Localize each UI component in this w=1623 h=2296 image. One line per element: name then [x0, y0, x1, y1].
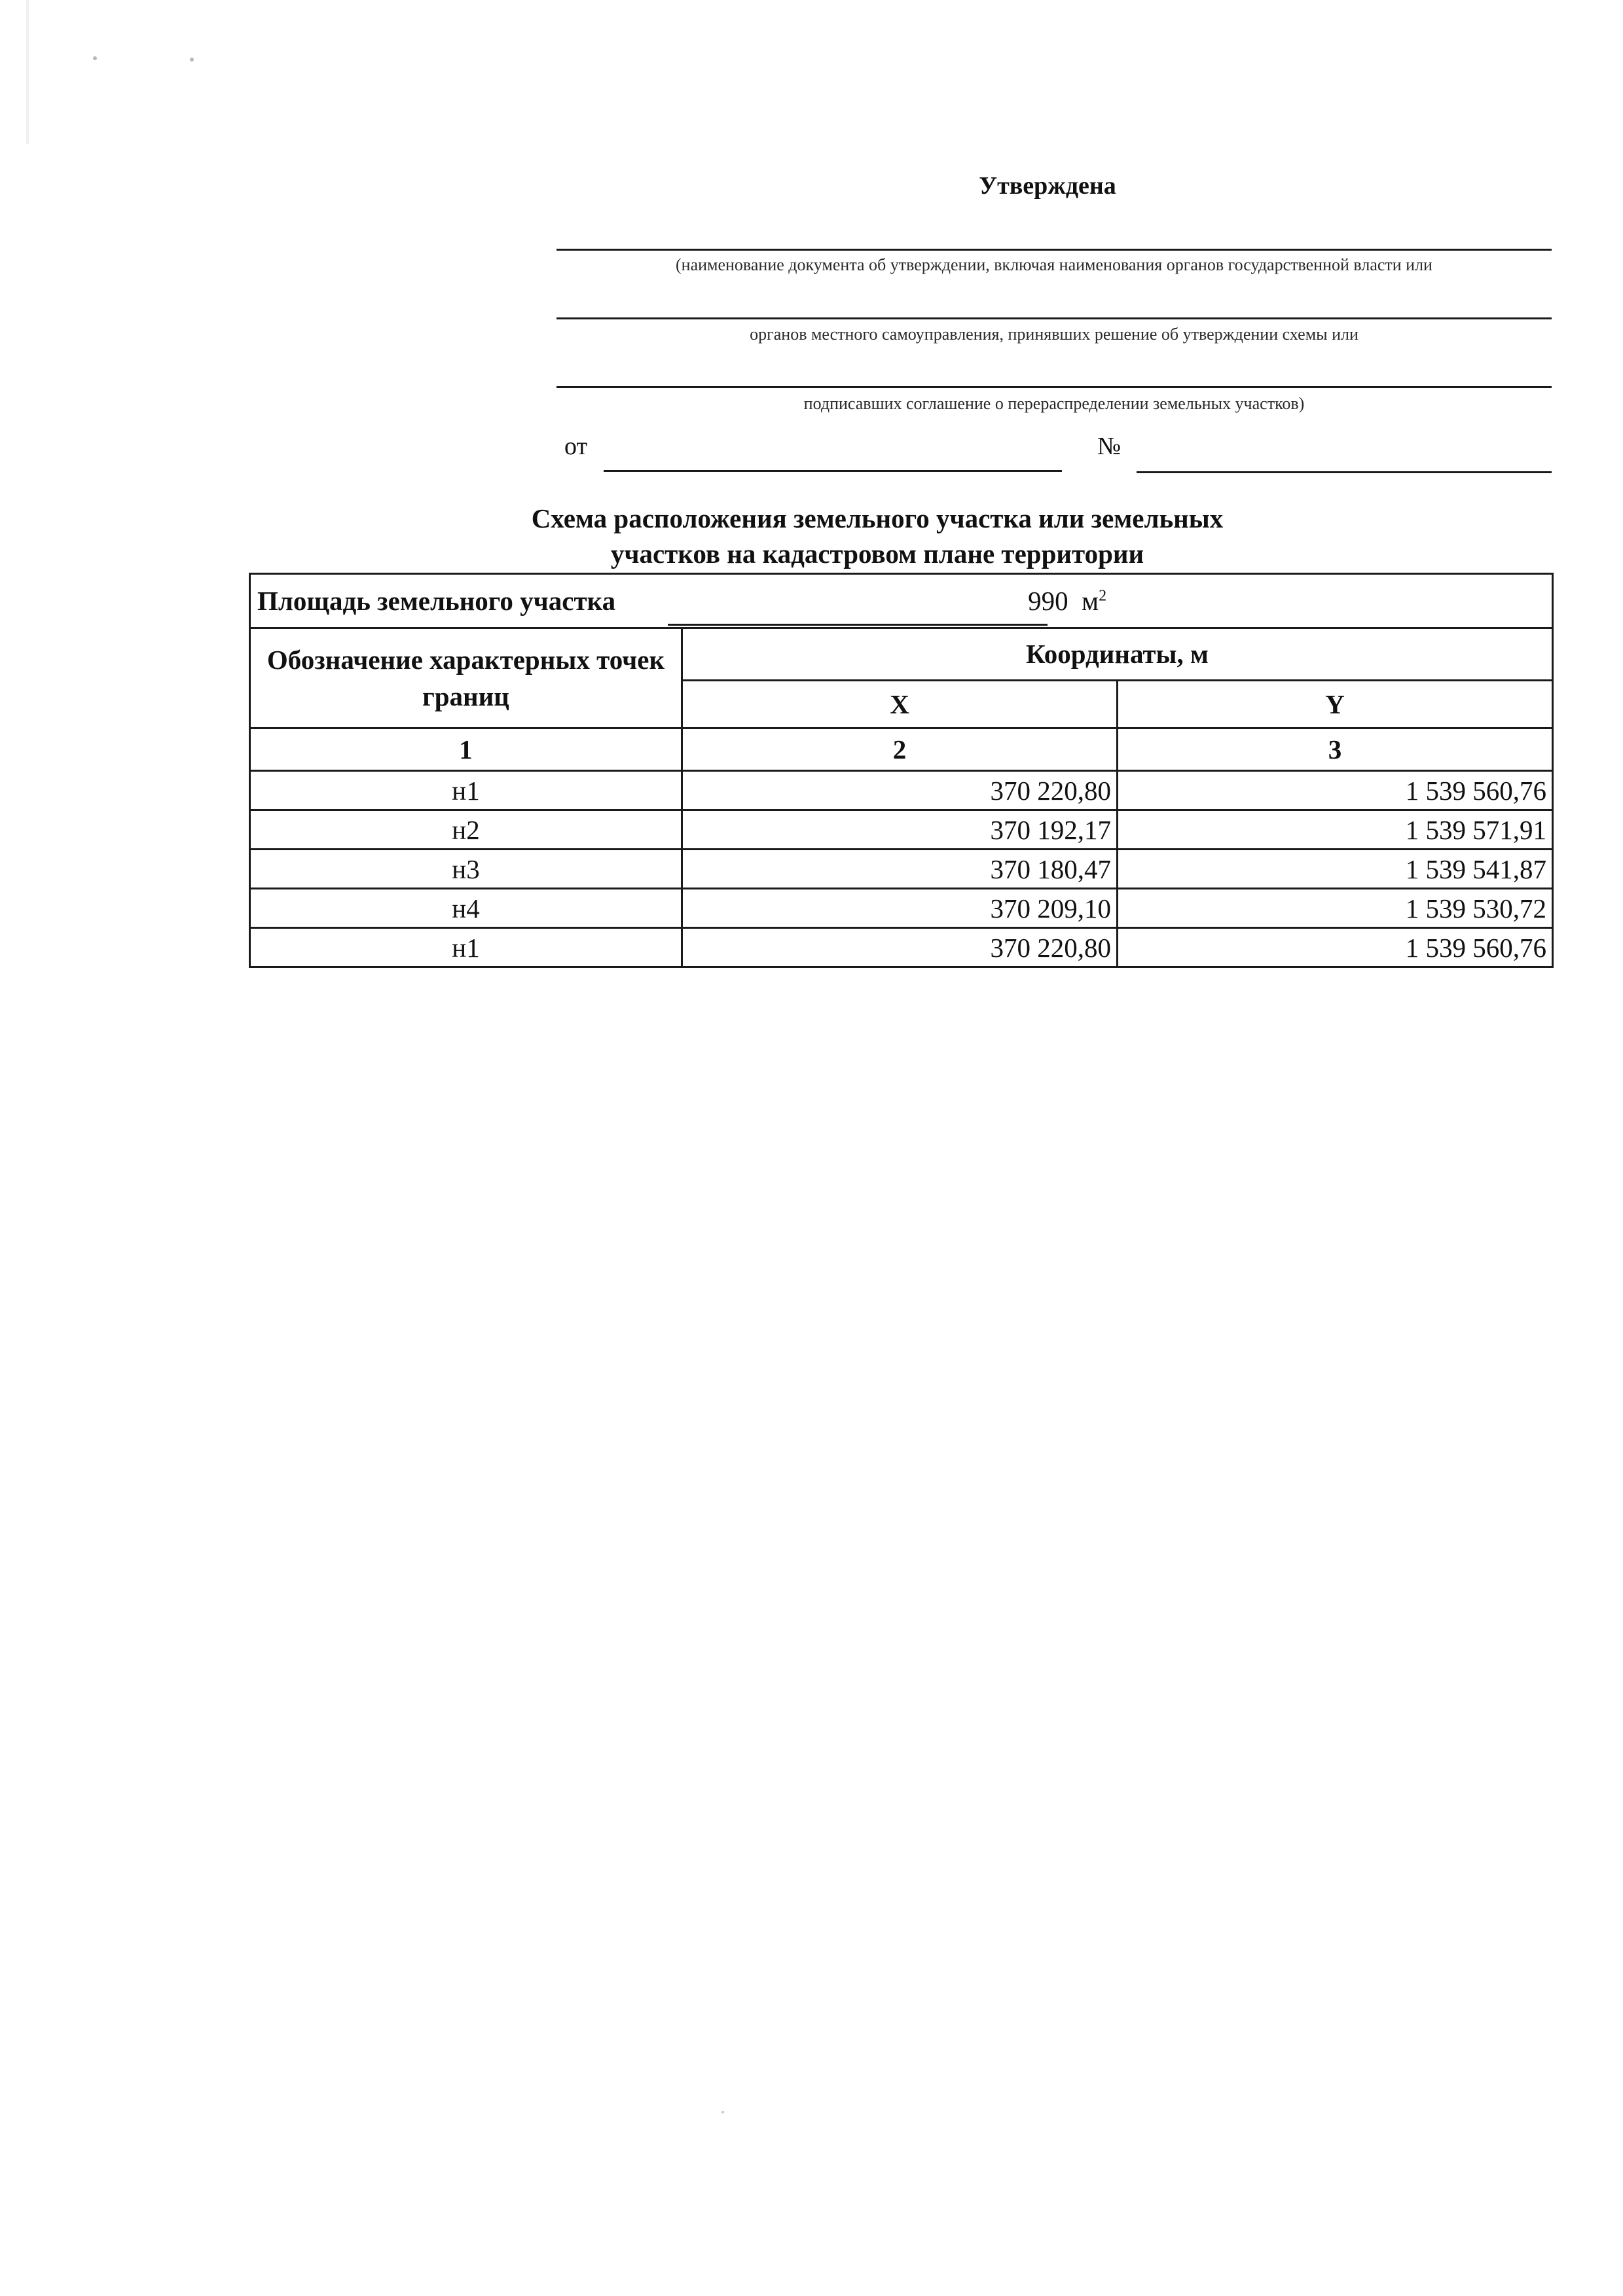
table-row: н1 370 220,80 1 539 560,76: [250, 928, 1553, 967]
point-name: н2: [250, 810, 682, 850]
area-unit-text: м: [1082, 586, 1099, 616]
approval-caption-1: (наименование документа об утверждении, …: [556, 255, 1552, 275]
scheme-title: Схема расположения земельного участка ил…: [419, 501, 1336, 571]
x-coordinate: 370 220,80: [682, 928, 1118, 967]
scheme-title-line-2: участков на кадастровом плане территории: [419, 536, 1336, 571]
approval-doc-fill-line-3[interactable]: [556, 386, 1552, 388]
table-row: н1 370 220,80 1 539 560,76: [250, 771, 1553, 810]
area-label: Площадь земельного участка: [257, 586, 615, 616]
table-row: н3 370 180,47 1 539 541,87: [250, 850, 1553, 889]
area-unit: м2: [1082, 586, 1106, 616]
scan-speck: [93, 56, 97, 60]
point-name: н1: [250, 771, 682, 810]
y-column-header: Y: [1118, 680, 1553, 728]
coordinates-header: Координаты, м: [682, 628, 1553, 681]
approval-doc-fill-line-2[interactable]: [556, 317, 1552, 319]
table-row: н4 370 209,10 1 539 530,72: [250, 889, 1553, 928]
x-column-header: X: [682, 680, 1118, 728]
area-field: 990 м2: [668, 585, 1106, 617]
x-coordinate: 370 220,80: [682, 771, 1118, 810]
area-value: 990: [1028, 586, 1068, 616]
y-coordinate: 1 539 571,91: [1118, 810, 1553, 850]
x-coordinate: 370 180,47: [682, 850, 1118, 889]
header-row-1: Обозначение характерных точек границ Коо…: [250, 628, 1553, 681]
x-coordinate: 370 192,17: [682, 810, 1118, 850]
point-name: н3: [250, 850, 682, 889]
point-name: н1: [250, 928, 682, 967]
number-label: №: [1097, 432, 1121, 461]
point-column-header: Обозначение характерных точек границ: [250, 628, 682, 728]
date-label: от: [564, 432, 587, 461]
scan-speck: [190, 58, 194, 62]
column-number: 3: [1118, 728, 1553, 771]
y-coordinate: 1 539 541,87: [1118, 850, 1553, 889]
point-name: н4: [250, 889, 682, 928]
scan-edge-artifact: [26, 0, 29, 144]
y-coordinate: 1 539 530,72: [1118, 889, 1553, 928]
approval-caption-2: органов местного самоуправления, принявш…: [556, 325, 1552, 344]
y-coordinate: 1 539 560,76: [1118, 928, 1553, 967]
area-row: Площадь земельного участка990 м2: [250, 574, 1553, 628]
coordinates-table: Площадь земельного участка990 м2 Обознач…: [249, 573, 1554, 968]
column-number: 1: [250, 728, 682, 771]
table-row: н2 370 192,17 1 539 571,91: [250, 810, 1553, 850]
column-number: 2: [682, 728, 1118, 771]
column-number-row: 1 2 3: [250, 728, 1553, 771]
y-coordinate: 1 539 560,76: [1118, 771, 1553, 810]
area-cell: Площадь земельного участка990 м2: [250, 574, 1553, 628]
scheme-title-line-1: Схема расположения земельного участка ил…: [419, 501, 1336, 536]
number-fill-line[interactable]: [1137, 471, 1552, 473]
area-unit-exponent: 2: [1099, 587, 1106, 604]
approval-caption-3: подписавших соглашение о перераспределен…: [556, 394, 1552, 414]
x-coordinate: 370 209,10: [682, 889, 1118, 928]
scan-speck: [721, 2111, 724, 2113]
approval-doc-fill-line-1[interactable]: [556, 249, 1552, 251]
approved-title: Утверждена: [851, 171, 1244, 200]
date-fill-line[interactable]: [604, 470, 1062, 472]
